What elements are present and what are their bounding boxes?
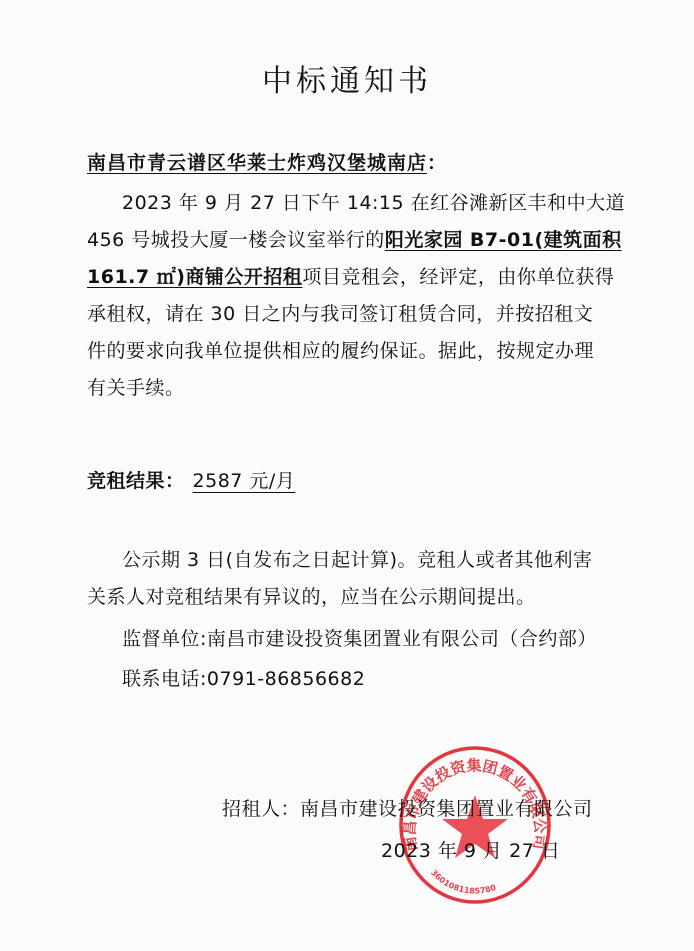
addressee-name: 南昌市青云谱区华莱士炸鸡汉堡城南店 [87,152,427,174]
body-line-5: 件的要求向我单位提供相应的履约保证。据此，按规定办理 [87,336,594,363]
document-title: 中标通知书 [0,56,694,100]
body-line-6: 有关手续。 [87,373,185,400]
signer-line: 招租人：南昌市建设投资集团置业有限公司 [222,794,593,821]
result-label: 竞租结果： [87,470,185,492]
body-line-1: 2023 年 9 月 27 日下午 14:15 在红谷滩新区丰和中大道 [122,188,625,215]
company-seal-icon: 南昌市建设投资集团置业有限公司 3601081185780 [397,745,553,905]
meeting-location: 456 号城投大厦一楼会议室举行的 [87,229,385,251]
phone-line: 联系电话:0791-86856682 [122,664,365,691]
addressee: 南昌市青云谱区华莱士炸鸡汉堡城南店： [87,148,447,175]
notice-line-2: 关系人对竞租结果有异议的，应当在公示期间提出。 [87,582,536,609]
result-row: 竞租结果：2587 元/月 [87,466,309,493]
body-line-4: 承租权，请在 30 日之内与我司签订租赁合同，并按招租文 [87,299,593,326]
issue-date: 2023 年 9 月 27 日 [381,836,560,863]
body-line-2: 456 号城投大厦一楼会议室举行的阳光家园 B7-01(建筑面积 [87,225,622,252]
notice-line-1: 公示期 3 日(自发布之日起计算)。竞租人或者其他利害 [122,545,593,572]
addressee-colon: ： [427,152,447,174]
result-value: 2587 元/月 [185,470,310,492]
project-name-part1: 阳光家园 B7-01(建筑面积 [385,229,622,251]
body-line-3: 161.7 ㎡)商铺公开招租项目竞租会，经评定，由你单位获得 [87,262,614,289]
evaluation-text: 项目竞租会，经评定，由你单位获得 [302,266,614,288]
project-name-part2: 161.7 ㎡)商铺公开招租 [87,266,302,288]
supervisor-line: 监督单位:南昌市建设投资集团置业有限公司（合约部） [122,624,597,651]
